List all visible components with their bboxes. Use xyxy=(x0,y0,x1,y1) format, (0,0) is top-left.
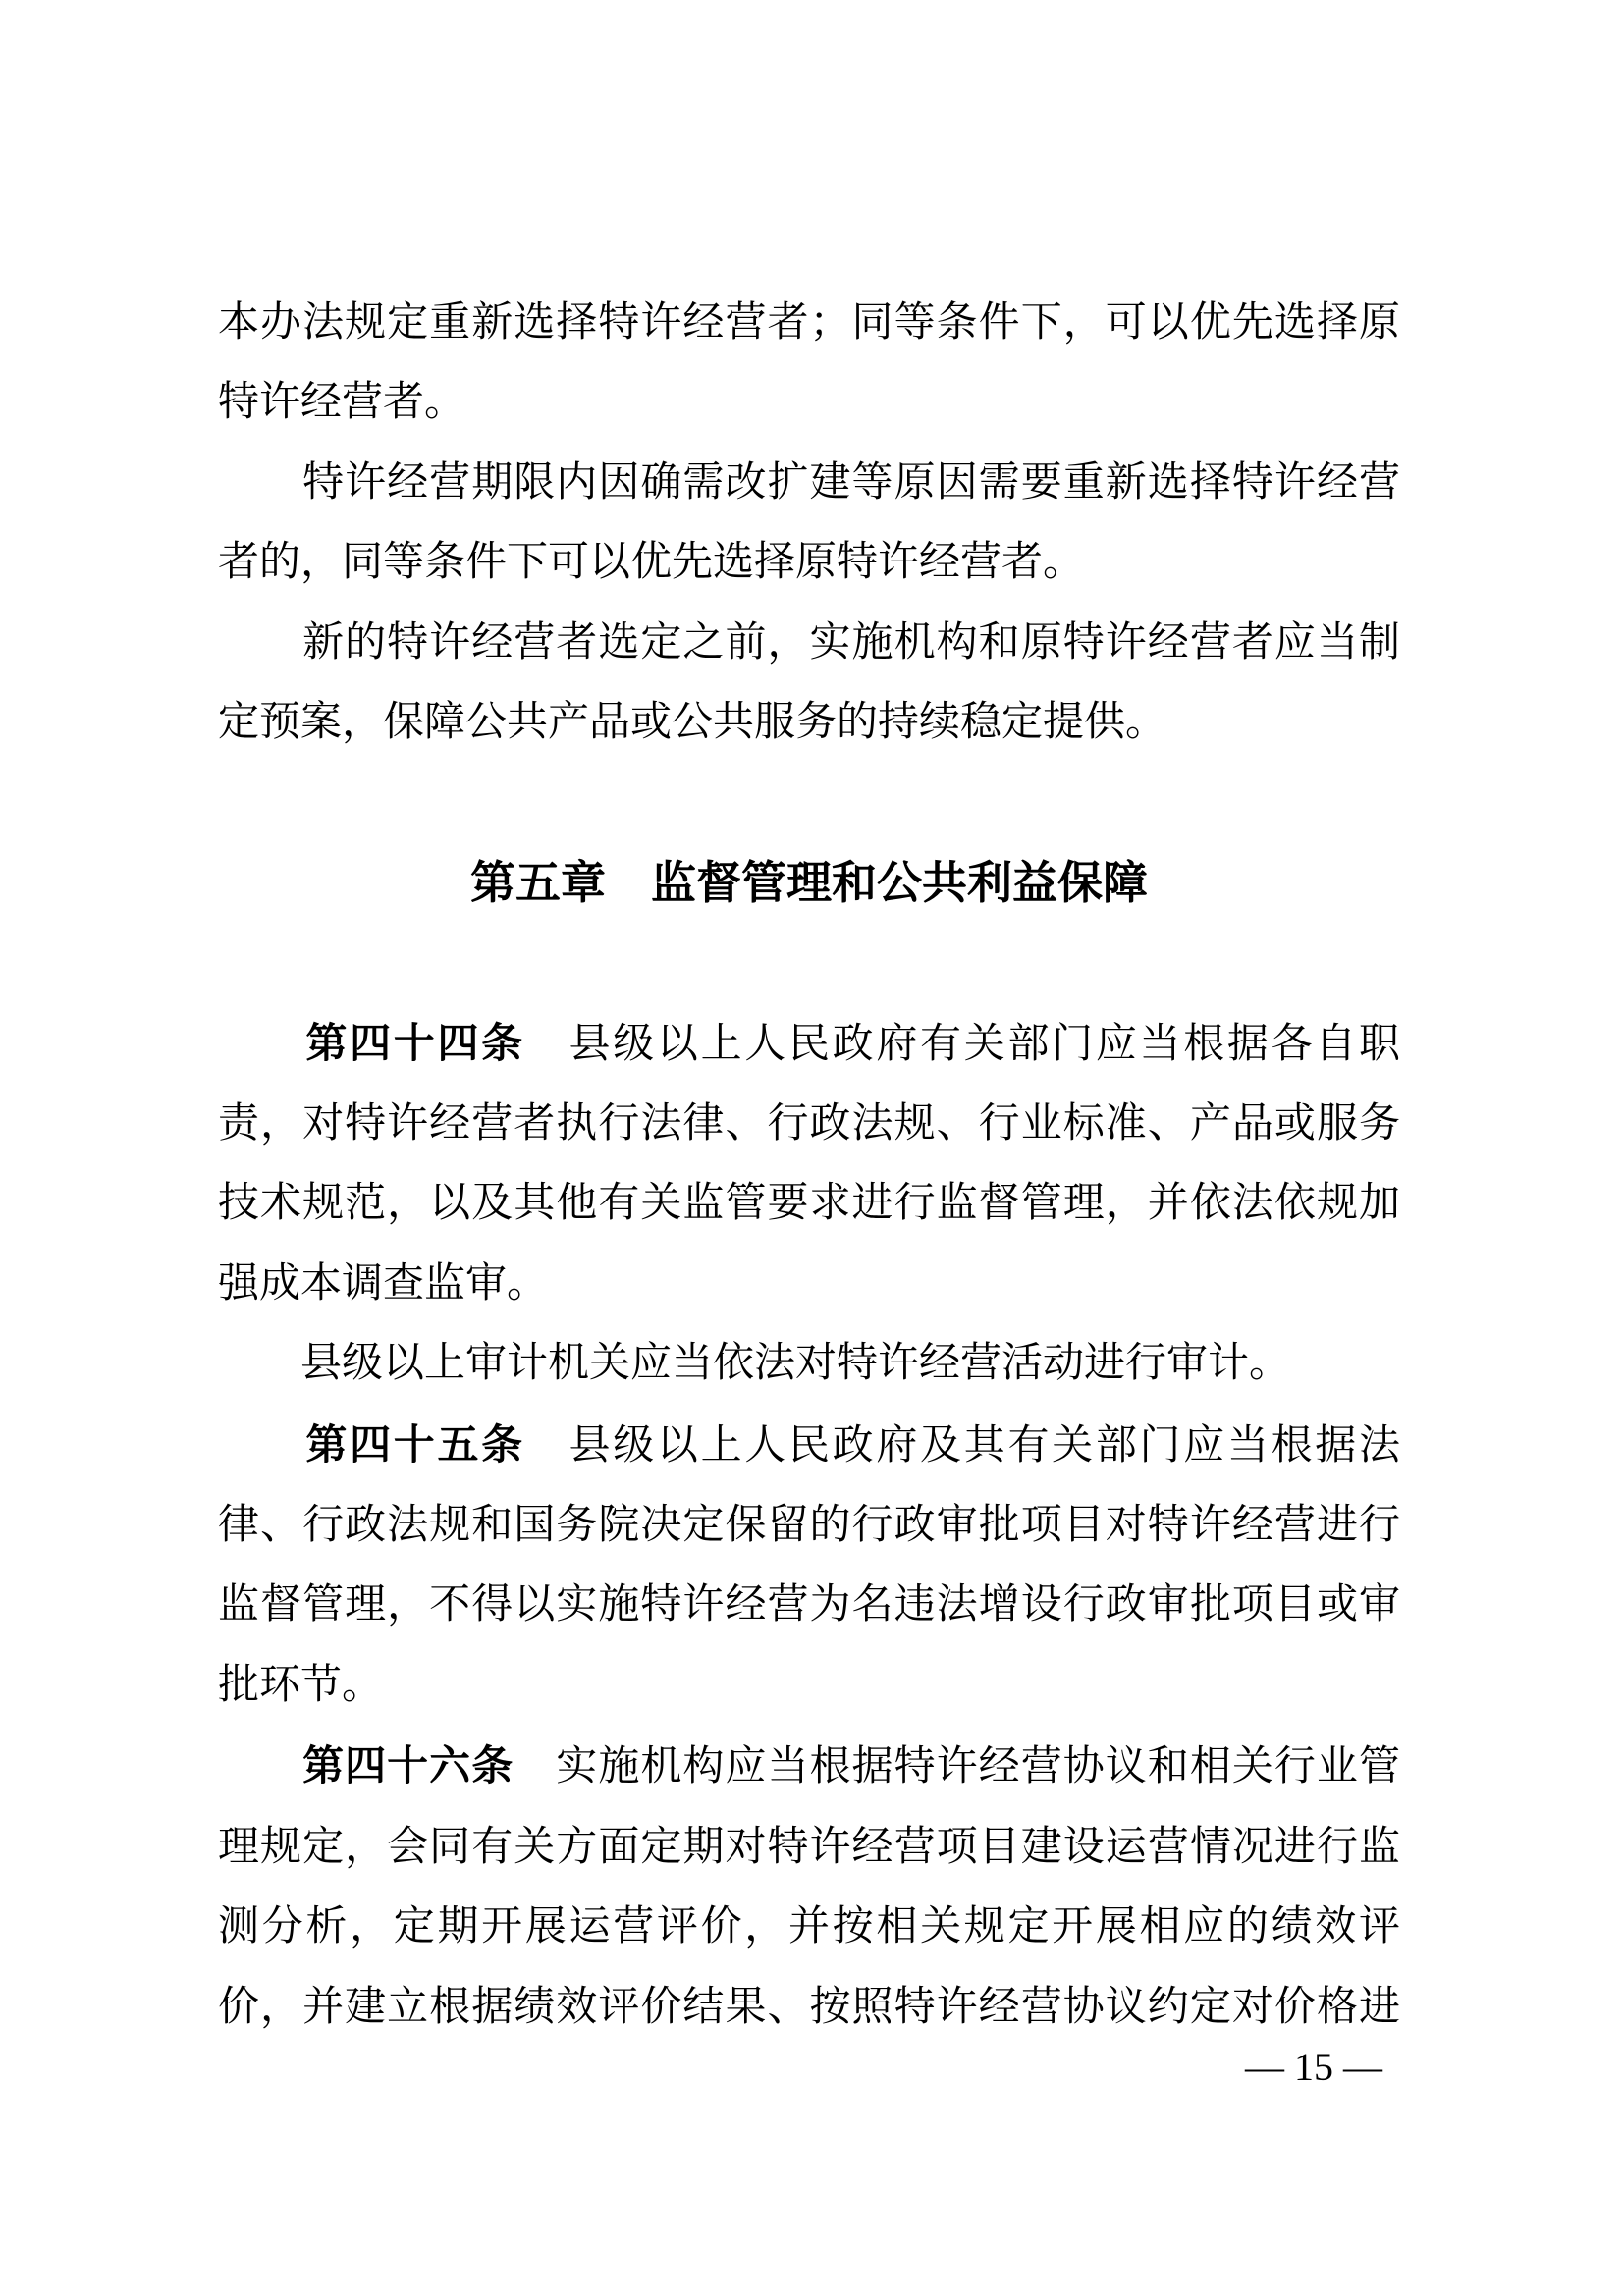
text-line: 者的，同等条件下可以优先选择原特许经营者。 xyxy=(218,523,1400,603)
text-line: 特许经营期限内因确需改扩建等原因需要重新选择特许经营 xyxy=(218,444,1400,523)
text-line: 批环节。 xyxy=(218,1646,1400,1726)
paragraph: 第四十六条 实施机构应当根据特许经营协议和相关行业管 理规定，会同有关方面定期对… xyxy=(218,1726,1400,2048)
paragraph-indent xyxy=(218,1022,305,1067)
text-line: 监督管理，不得以实施特许经营为名违法增设行政审批项目或审 xyxy=(218,1566,1400,1645)
text-line: 新的特许经营者选定之前，实施机构和原特许经营者应当制 xyxy=(218,604,1400,683)
paragraph: 新的特许经营者选定之前，实施机构和原特许经营者应当制 定预案，保障公共产品或公共… xyxy=(218,604,1400,764)
text-line: 定预案，保障公共产品或公共服务的持续稳定提供。 xyxy=(218,683,1400,763)
text-line: 责，对特许经营者执行法律、行政法规、行业标准、产品或服务 xyxy=(218,1085,1400,1164)
article-lead-text: 县级以上人民政府及其有关部门应当根据法 xyxy=(525,1423,1400,1468)
body-text: 本办法规定重新选择特许经营者；同等条件下，可以优先选择原 特许经营者。 特许经营… xyxy=(218,284,1400,2048)
article-lead-text: 实施机构应当根据特许经营协议和相关行业管 xyxy=(514,1744,1400,1789)
text-line: 特许经营者。 xyxy=(218,363,1400,443)
page-number: — 15 — xyxy=(1245,2045,1382,2090)
document-page: 本办法规定重新选择特许经营者；同等条件下，可以优先选择原 特许经营者。 特许经营… xyxy=(0,0,1624,2296)
text-line: 律、行政法规和国务院决定保留的行政审批项目对特许经营进行 xyxy=(218,1486,1400,1566)
article-number: 第四十六条 xyxy=(302,1742,514,1789)
paragraph-indent xyxy=(218,1423,305,1468)
paragraph: 县级以上审计机关应当依法对特许经营活动进行审计。 xyxy=(218,1324,1400,1404)
text-line: 技术规范，以及其他有关监管要求进行监督管理，并依法依规加 xyxy=(218,1164,1400,1244)
text-line: 强成本调查监审。 xyxy=(218,1245,1400,1324)
text-line: 测分析，定期开展运营评价，并按相关规定开展相应的绩效评 xyxy=(218,1888,1400,1967)
article-number: 第四十五条 xyxy=(305,1421,524,1468)
text-line: 县级以上审计机关应当依法对特许经营活动进行审计。 xyxy=(218,1324,1400,1404)
article-lead-text: 县级以上人民政府有关部门应当根据各自职 xyxy=(525,1022,1400,1067)
paragraph: 特许经营期限内因确需改扩建等原因需要重新选择特许经营 者的，同等条件下可以优先选… xyxy=(218,444,1400,604)
text-line: 价，并建立根据绩效评价结果、按照特许经营协议约定对价格进 xyxy=(218,1968,1400,2048)
paragraph-indent xyxy=(218,1744,302,1789)
chapter-heading: 第五章 监督管理和公共利益保障 xyxy=(218,843,1400,923)
article-number: 第四十四条 xyxy=(305,1020,524,1066)
paragraph: 本办法规定重新选择特许经营者；同等条件下，可以优先选择原 特许经营者。 xyxy=(218,284,1400,444)
text-line: 第四十六条 实施机构应当根据特许经营协议和相关行业管 xyxy=(218,1726,1400,1807)
text-line: 本办法规定重新选择特许经营者；同等条件下，可以优先选择原 xyxy=(218,284,1400,363)
text-line: 理规定，会同有关方面定期对特许经营项目建设运营情况进行监 xyxy=(218,1808,1400,1888)
text-line: 第四十四条 县级以上人民政府有关部门应当根据各自职 xyxy=(218,1003,1400,1085)
text-line: 第四十五条 县级以上人民政府及其有关部门应当根据法 xyxy=(218,1405,1400,1486)
paragraph: 第四十四条 县级以上人民政府有关部门应当根据各自职 责，对特许经营者执行法律、行… xyxy=(218,1003,1400,1325)
paragraph: 第四十五条 县级以上人民政府及其有关部门应当根据法 律、行政法规和国务院决定保留… xyxy=(218,1405,1400,1727)
